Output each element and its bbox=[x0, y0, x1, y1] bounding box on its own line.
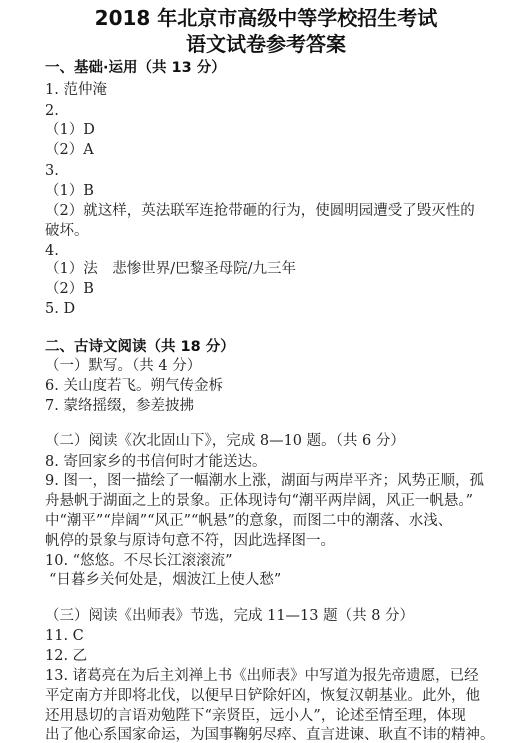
answer-line: （2）B bbox=[45, 279, 94, 299]
answer-line: 1. 范仲淹 bbox=[45, 80, 107, 100]
answer-line: （一）默写。（共 4 分） bbox=[45, 356, 201, 376]
answer-line: （1）B bbox=[45, 181, 94, 201]
answer-line: 出了他心系国家命运，为国事鞠躬尽瘁、直言进谏、耿直不讳的精神。 bbox=[45, 725, 495, 743]
answer-key-page: 2018 年北京市高级中等学校招生考试 语文试卷参考答案 一、基础·运用（共 1… bbox=[0, 0, 532, 743]
answer-line: “日暮乡关何处是，烟波江上使人愁” bbox=[49, 570, 281, 590]
answer-line: （2）A bbox=[45, 140, 94, 160]
answer-line: 5. D bbox=[45, 299, 75, 319]
answer-line: （1）D bbox=[45, 120, 95, 140]
answer-line: 3. bbox=[45, 161, 59, 181]
answer-line: 舟悬帆于湖面之上的景象。正体现诗句“潮平两岸阔，风正一帆悬。” bbox=[45, 491, 473, 511]
answer-line: 12. 乙 bbox=[45, 646, 87, 666]
answer-line: 中“潮平”“岸阔”“风正”“帆悬”的意象，而图二中的潮落、水浅、 bbox=[45, 511, 452, 531]
answer-line: 11. C bbox=[45, 626, 84, 646]
answer-line: 帆停的景象与原诗句意不符，因此选择图一。 bbox=[45, 531, 335, 551]
answer-line: 10. “悠悠。不尽长江滚滚流” bbox=[45, 551, 233, 571]
answer-line: （1）法 悲惨世界/巴黎圣母院/九三年 bbox=[45, 259, 296, 279]
answer-line: 7. 蒙络摇缀，参差披拂 bbox=[45, 396, 194, 416]
document-subtitle: 语文试卷参考答案 bbox=[0, 32, 532, 56]
document-title: 2018 年北京市高级中等学校招生考试 bbox=[0, 6, 532, 30]
answer-line: 破坏。 bbox=[45, 221, 89, 241]
section-heading: 一、基础·运用（共 13 分） bbox=[45, 58, 226, 78]
answer-line: 还用恳切的言语劝勉陛下“亲贤臣，远小人”，论述至情至理，体现 bbox=[45, 706, 466, 726]
answer-line: 6. 关山度若飞。朔气传金柝 bbox=[45, 376, 223, 396]
answer-line: 4. bbox=[45, 241, 59, 261]
answer-line: 2. bbox=[45, 101, 59, 121]
answer-line: （2）就这样，英法联军连抢带砸的行为，使圆明园遭受了毁灭性的 bbox=[45, 201, 475, 221]
section-heading: 二、古诗文阅读（共 18 分） bbox=[45, 337, 235, 357]
answer-line: （二）阅读《次北固山下》，完成 8—10 题。（共 6 分） bbox=[45, 431, 405, 451]
answer-line: 13. 诸葛亮在为后主刘禅上书《出师表》中写道为报先帝遗愿，已经 bbox=[45, 666, 479, 686]
answer-line: （三）阅读《出师表》节选，完成 11—13 题（共 8 分） bbox=[45, 606, 414, 626]
answer-line: 9. 图一，图一描绘了一幅潮水上涨，湖面与两岸平齐；风势正顺，孤 bbox=[45, 471, 484, 491]
answer-line: 8. 寄回家乡的书信何时才能送达。 bbox=[45, 452, 266, 472]
answer-line: 平定南方并即将北伐，以便早日铲除奸凶，恢复汉朝基业。此外，他 bbox=[45, 686, 480, 706]
